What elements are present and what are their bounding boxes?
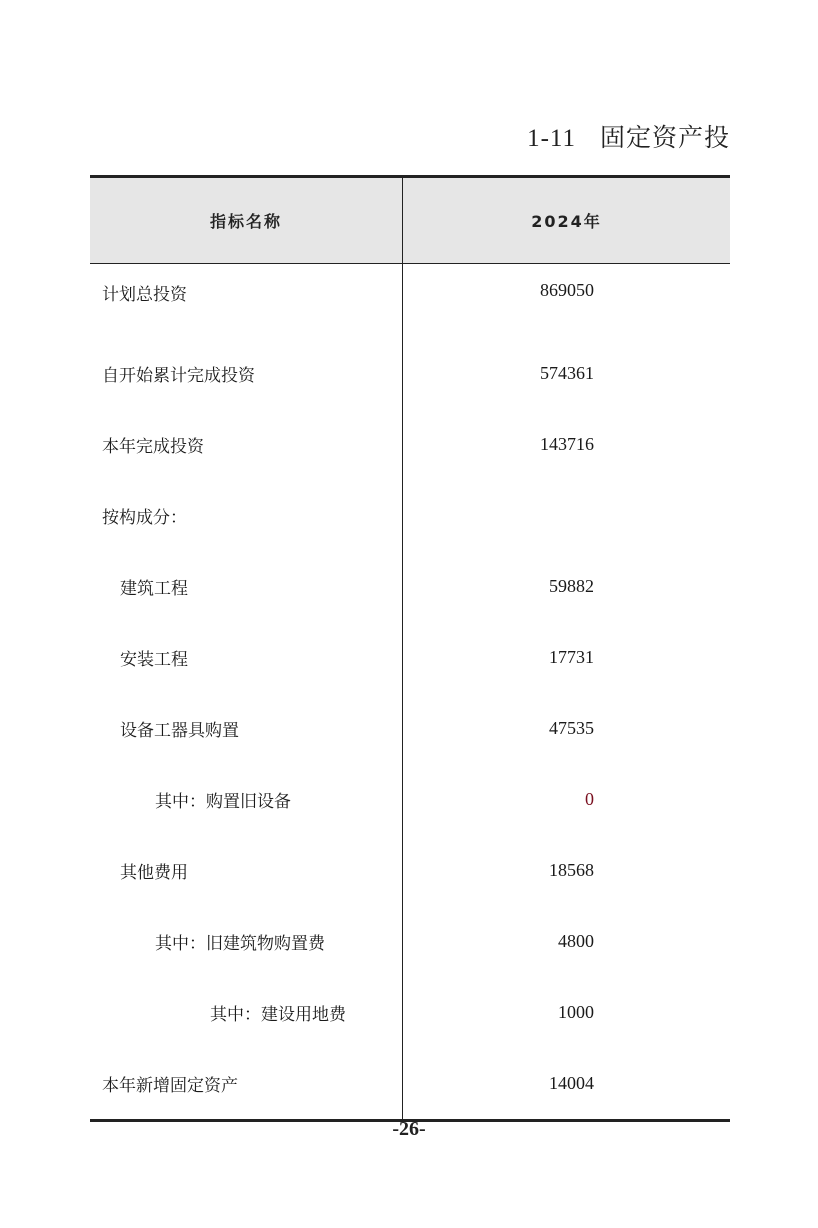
row-value: 47535 xyxy=(403,693,731,764)
row-label: 自开始累计完成投资 xyxy=(90,338,403,409)
table-title: 固定资产投 xyxy=(600,125,730,152)
table-row-section-heading: 按构成分： xyxy=(90,480,730,551)
table-row: 本年完成投资 143716 xyxy=(90,409,730,480)
table-row: 其他费用 18568 xyxy=(90,835,730,906)
row-value: 18568 xyxy=(403,835,731,906)
table-number: 1-11 xyxy=(527,125,576,152)
row-value: 0 xyxy=(403,764,731,835)
row-label: 其中：旧建筑物购置费 xyxy=(90,906,403,977)
table-row: 建筑工程 59882 xyxy=(90,551,730,622)
row-label: 其中：建设用地费 xyxy=(90,977,403,1048)
table-row: 其中：购置旧设备 0 xyxy=(90,764,730,835)
row-value: 574361 xyxy=(403,338,731,409)
table-row: 本年新增固定资产 14004 xyxy=(90,1048,730,1121)
row-value: 143716 xyxy=(403,409,731,480)
header-indicator-name: 指标名称 xyxy=(90,177,403,264)
row-value: 1000 xyxy=(403,977,731,1048)
row-label: 其他费用 xyxy=(90,835,403,906)
row-value: 17731 xyxy=(403,622,731,693)
header-year: 2024年 xyxy=(403,177,731,264)
row-label: 安装工程 xyxy=(90,622,403,693)
row-label: 本年新增固定资产 xyxy=(90,1048,403,1121)
table-row: 计划总投资 869050 xyxy=(90,264,730,339)
row-label: 本年完成投资 xyxy=(90,409,403,480)
page-number: -26- xyxy=(0,1118,818,1141)
row-value: 869050 xyxy=(403,264,731,339)
statistics-table-container: 指标名称 2024年 计划总投资 869050 自开始累计完成投资 574361… xyxy=(90,175,730,1122)
row-label: 其中：购置旧设备 xyxy=(90,764,403,835)
table-row: 其中：旧建筑物购置费 4800 xyxy=(90,906,730,977)
page-title: 1-11固定资产投 xyxy=(527,118,730,154)
row-value: 59882 xyxy=(403,551,731,622)
row-label: 建筑工程 xyxy=(90,551,403,622)
row-value: 4800 xyxy=(403,906,731,977)
table-row: 设备工器具购置 47535 xyxy=(90,693,730,764)
table-row: 其中：建设用地费 1000 xyxy=(90,977,730,1048)
row-label: 按构成分： xyxy=(90,480,403,551)
row-label: 设备工器具购置 xyxy=(90,693,403,764)
row-value xyxy=(403,480,731,551)
row-value: 14004 xyxy=(403,1048,731,1121)
table-row: 安装工程 17731 xyxy=(90,622,730,693)
table-row: 自开始累计完成投资 574361 xyxy=(90,338,730,409)
table-header-row: 指标名称 2024年 xyxy=(90,177,730,264)
fixed-asset-investment-table: 指标名称 2024年 计划总投资 869050 自开始累计完成投资 574361… xyxy=(90,175,730,1122)
row-label: 计划总投资 xyxy=(90,264,403,339)
